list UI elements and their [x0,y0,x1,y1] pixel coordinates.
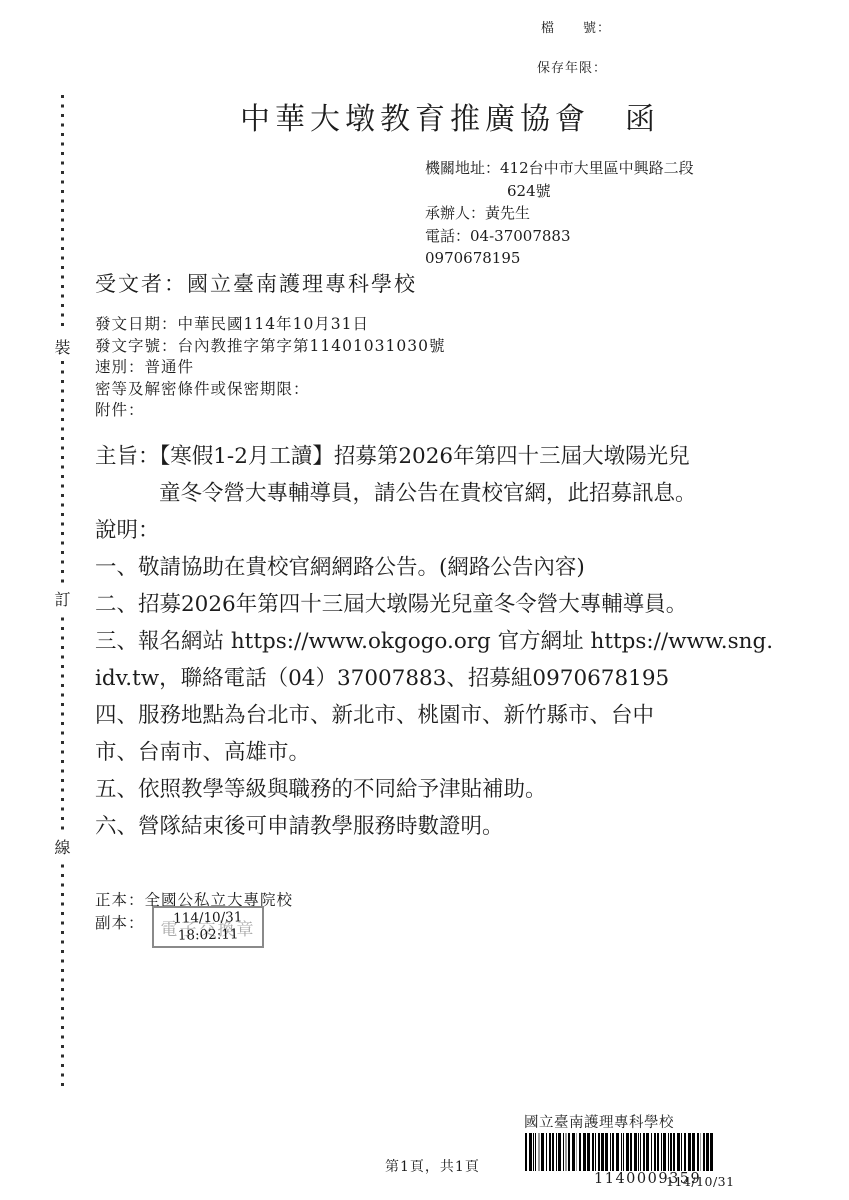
stamp-time: 18:02:11 [178,926,239,944]
stamp-date: 114/10/31 [173,909,243,927]
speed-line: 速別：普通件 [95,357,445,379]
barcode-date: 114/10/31 [666,1174,735,1189]
explanation-item-2: 二、招募2026年第四十三屆大墩陽光兒童冬令營大專輔導員。 [95,586,785,623]
document-page: 裝 訂 線 檔 號： 保存年限： 中華大墩教育推廣協會 函 機關地址：412台中… [0,0,849,1200]
subject-line-2: 童冬令營大專輔導員，請公告在貴校官網，此招募訊息。 [95,475,785,512]
page-number: 第1頁，共1頁 [385,1156,480,1176]
sender-info-block: 機關地址：412台中市大里區中興路二段 624號 承辦人：黃先生 電話：04-3… [425,157,694,270]
receiving-school-name: 國立臺南護理專科學校 [524,1111,674,1132]
explanation-item-6: 六、營隊結束後可申請教學服務時數證明。 [95,808,785,845]
security-line: 密等及解密條件或保密期限： [95,379,445,401]
document-title: 中華大墩教育推廣協會 函 [140,94,760,138]
explanation-label: 說明： [95,512,785,549]
sender-address-line1: 機關地址：412台中市大里區中興路二段 [425,157,694,180]
sender-mobile: 0970678195 [425,247,694,270]
document-meta-block: 發文日期：中華民國114年10月31日 發文字號：台內教推字第字第1140103… [95,314,445,422]
stamp-datetime: 114/10/31 18:02:11 [154,907,263,947]
explanation-item-4-line2: 市、台南市、高雄市。 [95,734,785,771]
sender-address-line2: 624號 [425,180,694,203]
explanation-item-1: 一、敬請協助在貴校官網網路公告。(網路公告內容) [95,549,785,586]
carbon-copy-label: 副本： [95,911,145,933]
recipient-line: 受文者：國立臺南護理專科學校 [95,268,417,298]
file-number-label: 檔 號： [541,17,611,36]
barcode [525,1133,729,1171]
explanation-item-3-line2: idv.tw，聯絡電話（04）37007883、招募組0970678195 [95,660,785,697]
binding-mark-ding: 訂 [52,584,73,613]
sender-phone: 電話：04-37007883 [425,225,694,248]
attachment-line: 附件： [95,400,445,422]
document-body: 主旨：【寒假1-2月工讀】招募第2026年第四十三屆大墩陽光兒 童冬令營大專輔導… [95,438,785,845]
issue-date-line: 發文日期：中華民國114年10月31日 [95,314,445,336]
binding-mark-xian: 線 [52,832,73,861]
electronic-exchange-stamp: 電子交換章 114/10/31 18:02:11 [152,906,264,948]
doc-number-line: 發文字號：台內教推字第字第11401031030號 [95,336,445,358]
explanation-item-3-line1: 三、報名網站 https://www.okgogo.org 官方網址 https… [95,623,785,660]
explanation-item-4-line1: 四、服務地點為台北市、新北市、桃園市、新竹縣市、台中 [95,697,785,734]
binding-mark-zhuang: 裝 [52,332,73,361]
retention-period-label: 保存年限： [537,57,607,76]
sender-contact: 承辦人：黃先生 [425,202,694,225]
subject-line-1: 主旨：【寒假1-2月工讀】招募第2026年第四十三屆大墩陽光兒 [95,438,785,475]
explanation-item-5: 五、依照教學等級與職務的不同給予津貼補助。 [95,771,785,808]
